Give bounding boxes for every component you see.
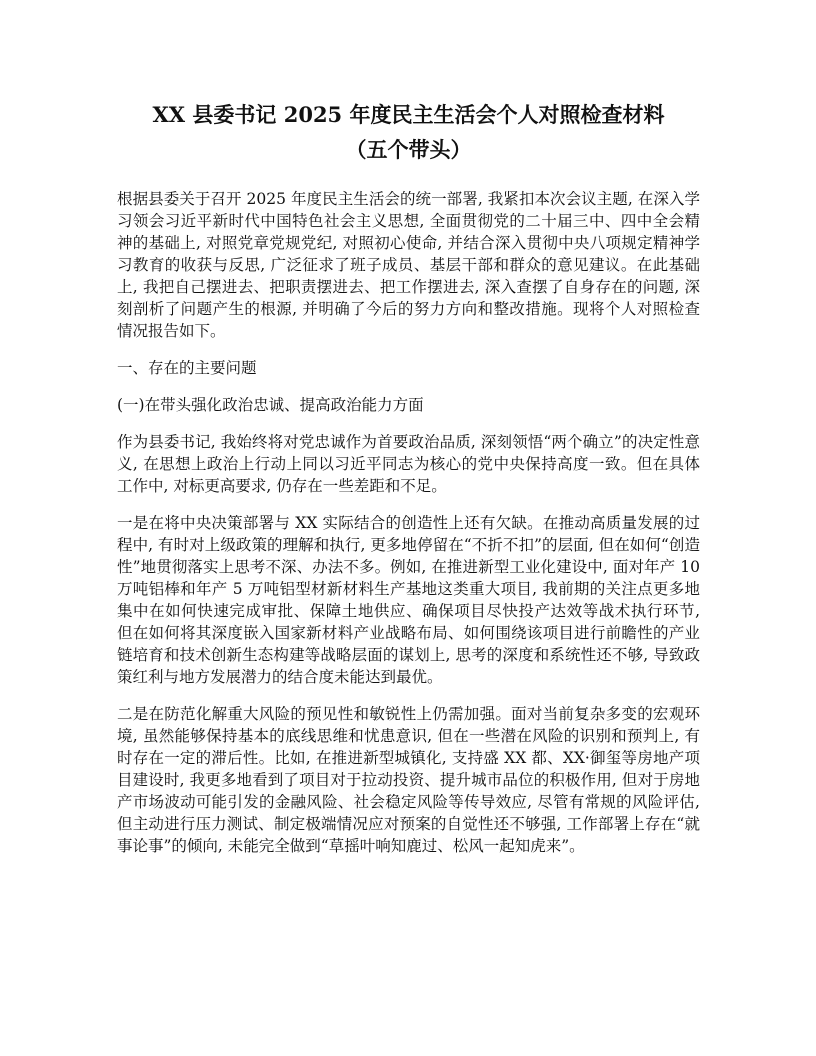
section-heading: (一)在带头强化政治忠诚、提高政治能力方面 — [117, 394, 700, 416]
document-title-line2: （五个带头） — [346, 137, 472, 162]
paragraph: 根据县委关于召开 2025 年度民主生活会的统一部署, 我紧扣本次会议主题, 在… — [117, 188, 700, 342]
paragraph: 二是在防范化解重大风险的预见性和敏锐性上仍需加强。面对当前复杂多变的宏观环境, … — [117, 703, 700, 857]
document-body: 根据县委关于召开 2025 年度民主生活会的统一部署, 我紧扣本次会议主题, 在… — [117, 188, 700, 857]
document-title: XX 县委书记 2025 年度民主生活会个人对照检查材料 （五个带头） — [117, 97, 700, 167]
document-page: XX 县委书记 2025 年度民主生活会个人对照检查材料 （五个带头） 根据县委… — [0, 0, 816, 1056]
paragraph: 一是在将中央决策部署与 XX 实际结合的创造性上还有欠缺。在推动高质量发展的过程… — [117, 512, 700, 688]
paragraph: 作为县委书记, 我始终将对党忠诚作为首要政治品质, 深刻领悟“两个确立”的决定性… — [117, 431, 700, 497]
document-title-line1: XX 县委书记 2025 年度民主生活会个人对照检查材料 — [153, 102, 665, 127]
section-heading: 一、存在的主要问题 — [117, 357, 700, 379]
